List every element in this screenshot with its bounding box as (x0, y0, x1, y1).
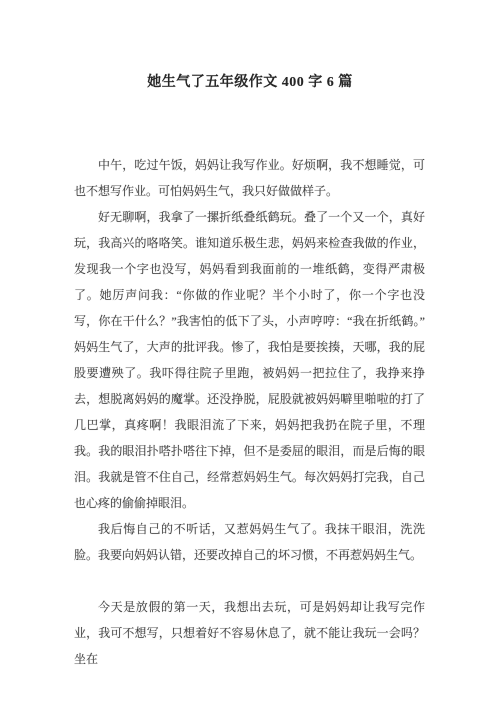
document-title: 她生气了五年级作文 400 字 6 篇 (0, 71, 500, 91)
document-page: 她生气了五年级作文 400 字 6 篇 中午，吃过午饭，妈妈让我写作业。好烦啊，… (0, 0, 500, 708)
essay-paragraph: 好无聊啊，我拿了一摞折纸叠纸鹤玩。叠了一个又一个，真好玩，我高兴的咯咯笑。谁知道… (74, 204, 425, 516)
essay-paragraph: 我后悔自己的不听话，又惹妈妈生气了。我抹干眼泪，洗洗脸。我要向妈妈认错，还要改掉… (74, 516, 425, 568)
essay-paragraph: 今天是放假的第一天，我想出去玩，可是妈妈却让我写完作业，我可不想写，只想着好不容… (74, 594, 425, 672)
essay-paragraph: 中午，吃过午饭，妈妈让我写作业。好烦啊，我不想睡觉，可也不想写作业。可怕妈妈生气… (74, 152, 425, 204)
essay-body: 中午，吃过午饭，妈妈让我写作业。好烦啊，我不想睡觉，可也不想写作业。可怕妈妈生气… (74, 152, 425, 672)
